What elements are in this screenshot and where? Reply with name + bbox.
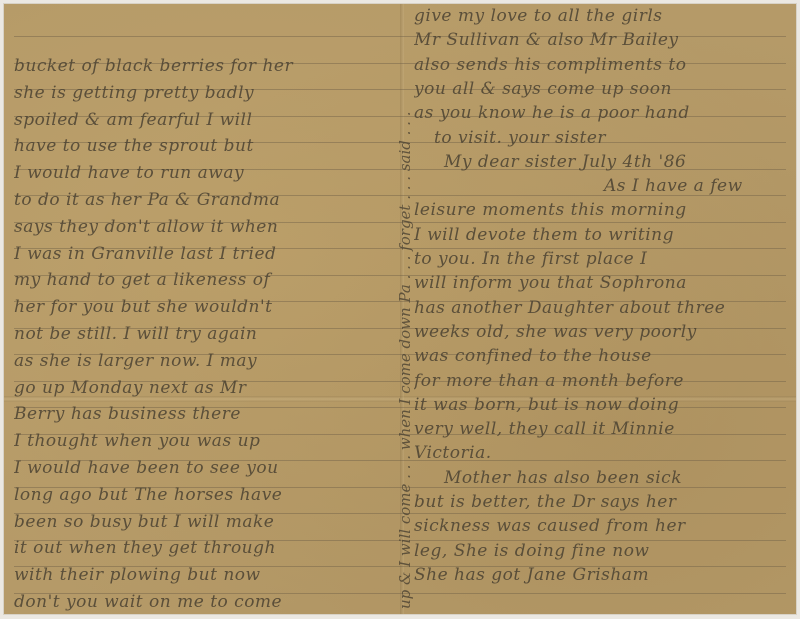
handwritten-line: have to use the sprout but — [14, 136, 389, 156]
handwritten-line: to do it as her Pa & Grandma — [14, 190, 389, 210]
handwritten-line: not be still. I will try again — [14, 324, 389, 344]
handwritten-line: it was born, but is now doing — [414, 395, 786, 415]
handwritten-line: Mother has also been sick — [414, 468, 786, 488]
handwritten-line: as she is larger now. I may — [14, 351, 389, 371]
handwritten-line: leisure moments this morning — [414, 200, 786, 220]
handwritten-line: My dear sister July 4th '86 — [414, 152, 786, 172]
handwritten-line: I thought when you was up — [14, 431, 389, 451]
handwritten-line: has another Daughter about three — [414, 298, 786, 318]
handwritten-line: She has got Jane Grisham — [414, 565, 786, 585]
margin-note-text: up & I will come . . . when I come down … — [396, 29, 414, 609]
handwritten-line: for more than a month before — [414, 371, 786, 391]
handwritten-line: it out when they get through — [14, 538, 389, 558]
handwritten-line: will inform you that Sophrona — [414, 273, 786, 293]
handwritten-line: I would have to run away — [14, 163, 389, 183]
handwritten-line: her for you but she wouldn't — [14, 297, 389, 317]
handwritten-line: give my love to all the girls — [414, 6, 786, 26]
handwritten-line: to visit. your sister — [414, 128, 786, 148]
handwritten-line: also sends his compliments to — [414, 55, 786, 75]
handwritten-line: as you know he is a poor hand — [414, 103, 786, 123]
handwritten-line: go up Monday next as Mr — [14, 378, 389, 398]
right-page: give my love to all the girlsMr Sullivan… — [414, 4, 786, 614]
handwritten-line: don't you wait on me to come — [14, 592, 389, 612]
handwritten-line: I was in Granville last I tried — [14, 244, 389, 264]
handwritten-line: my hand to get a likeness of — [14, 270, 389, 290]
handwritten-line: sickness was caused from her — [414, 516, 786, 536]
handwritten-line: very well, they call it Minnie — [414, 419, 786, 439]
handwritten-line: to you. In the first place I — [414, 249, 786, 269]
handwritten-line: spoiled & am fearful I will — [14, 110, 389, 130]
handwritten-line: As I have a few — [414, 176, 786, 196]
handwritten-line: long ago but The horses have — [14, 485, 389, 505]
handwritten-line: but is better, the Dr says her — [414, 492, 786, 512]
handwritten-line: she is getting pretty badly — [14, 83, 389, 103]
handwritten-line: leg, She is doing fine now — [414, 541, 786, 561]
handwritten-line: Victoria. — [414, 443, 786, 463]
handwritten-line: Berry has business there — [14, 404, 389, 424]
left-page: bucket of black berries for hershe is ge… — [14, 4, 389, 614]
handwritten-line: you all & says come up soon — [414, 79, 786, 99]
handwritten-line: says they don't allow it when — [14, 217, 389, 237]
handwritten-line: been so busy but I will make — [14, 512, 389, 532]
handwritten-line: with their plowing but now — [14, 565, 389, 585]
handwritten-line: weeks old, she was very poorly — [414, 322, 786, 342]
left-margin-note: up & I will come . . . when I come down … — [376, 24, 402, 614]
handwritten-line: bucket of black berries for her — [14, 56, 389, 76]
handwritten-line: Mr Sullivan & also Mr Bailey — [414, 30, 786, 50]
letter-sheet: bucket of black berries for hershe is ge… — [4, 4, 796, 614]
handwritten-line: I would have been to see you — [14, 458, 389, 478]
handwritten-line: was confined to the house — [414, 346, 786, 366]
handwritten-line: I will devote them to writing — [414, 225, 786, 245]
